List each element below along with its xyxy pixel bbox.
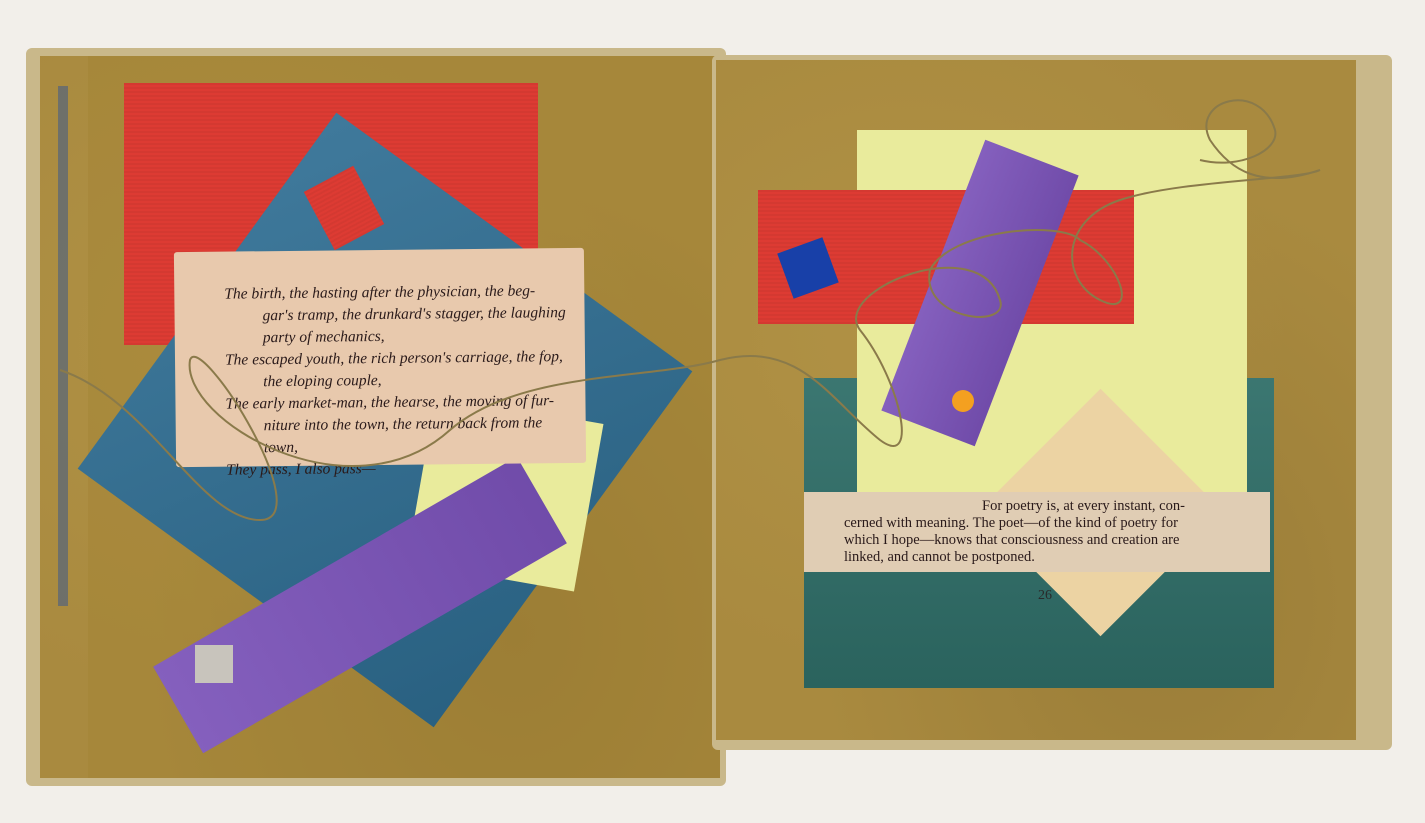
- gold-thread: [0, 0, 1425, 823]
